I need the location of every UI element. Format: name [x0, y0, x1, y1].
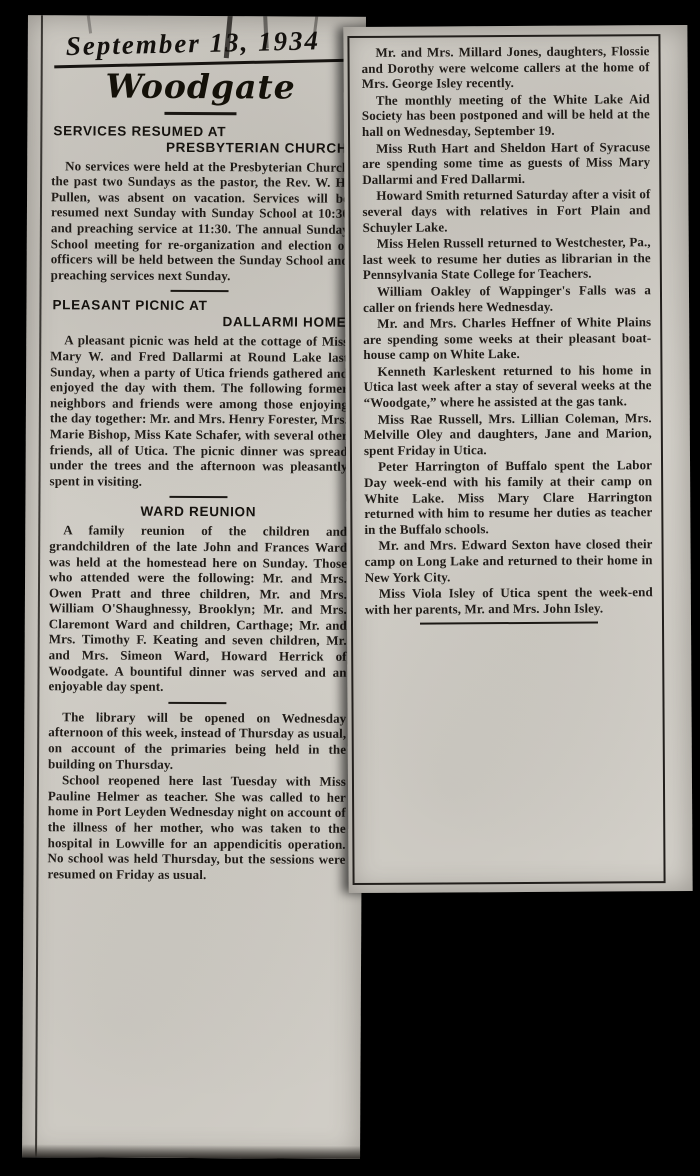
news-item: Mr. and Mrs. Edward Sexton have closed t… — [364, 537, 652, 586]
heading-line: SERVICES RESUMED AT — [51, 123, 349, 141]
news-item: Miss Rae Russell, Mrs. Lillian Coleman, … — [364, 410, 652, 459]
news-item: The library will be opened on Wednesday … — [48, 709, 346, 773]
news-item: Peter Harrington of Buffalo spent the La… — [364, 458, 652, 538]
scanned-newspaper-page: September 13, 1934 Woodgate SERVICES RES… — [0, 0, 700, 1176]
masthead-rule — [164, 111, 236, 114]
article-heading: WARD REUNION — [49, 504, 347, 522]
article-paragraph: A family reunion of the children and gra… — [48, 523, 347, 696]
news-item: Howard Smith returned Saturday after a v… — [362, 187, 650, 236]
left-column-rule — [35, 15, 43, 1157]
heading-line: PRESBYTERIAN CHURCH — [51, 139, 349, 157]
left-clipping: September 13, 1934 Woodgate SERVICES RES… — [22, 15, 366, 1159]
article-paragraph: A pleasant picnic was held at the cottag… — [50, 333, 349, 490]
separator-rule — [168, 702, 226, 704]
news-item: Miss Viola Isley of Utica spent the week… — [365, 584, 653, 617]
end-rule — [420, 622, 598, 625]
news-item: Kenneth Karleskent returned to his home … — [363, 362, 651, 411]
article-heading: PLEASANT PICNIC AT DALLARMI HOME — [50, 298, 348, 332]
news-item: The monthly meeting of the White Lake Ai… — [362, 91, 650, 140]
news-item: Miss Helen Russell returned to Westchest… — [363, 234, 651, 283]
news-item: Mr. and Mrs. Charles Heffner of White Pl… — [363, 314, 651, 363]
heading-line: DALLARMI HOME — [50, 314, 348, 332]
news-item: Mr. and Mrs. Millard Jones, daughters, F… — [361, 43, 649, 92]
separator-rule — [171, 290, 229, 292]
news-item: School reopened here last Tuesday with M… — [47, 772, 346, 883]
article-paragraph: No services were held at the Presbyteria… — [51, 158, 350, 284]
heading-line: WARD REUNION — [49, 504, 347, 522]
separator-rule — [169, 496, 227, 498]
handwritten-date: September 13, 1934 — [53, 23, 348, 69]
news-item: William Oakley of Wappinger's Falls was … — [363, 282, 651, 315]
news-item: Miss Ruth Hart and Sheldon Hart of Syrac… — [362, 139, 650, 188]
column-border-frame: Mr. and Mrs. Millard Jones, daughters, F… — [347, 34, 665, 885]
right-clipping: Mr. and Mrs. Millard Jones, daughters, F… — [343, 25, 692, 893]
masthead-title: Woodgate — [52, 68, 350, 105]
article-heading: SERVICES RESUMED AT PRESBYTERIAN CHURCH — [51, 123, 349, 157]
heading-line: PLEASANT PICNIC AT — [50, 298, 348, 316]
